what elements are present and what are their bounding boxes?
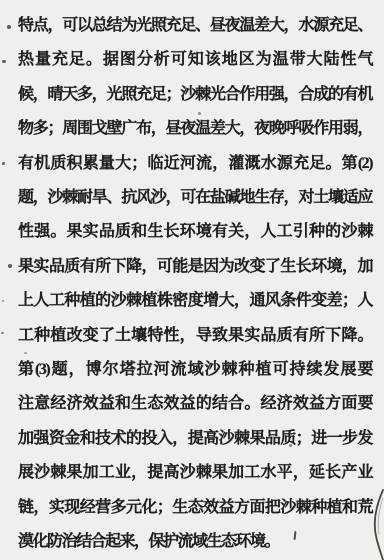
text-line-3: 候，晴天多，光照充足；沙棘光合作用强，合成的有机 (18, 78, 372, 112)
text-line-2: 热量充足。据图分析可知该地区为温带大陆性气 (18, 43, 372, 77)
text-line-11: 第(3)题，博尔塔拉河流域沙棘种植可持续发展要 (18, 353, 372, 387)
page-curl-artifact (370, 488, 384, 560)
text-line-10: 工种植改变了土壤特性，导致果实品质有所下降。 (18, 319, 372, 353)
scan-speck (24, 352, 27, 354)
scan-speck (198, 112, 201, 115)
scan-speck (7, 25, 11, 29)
scan-speck (2, 300, 4, 302)
text-line-9: 上人工种植的沙棘植株密度增大，通风条件变差；人 (18, 284, 372, 318)
scan-speck (8, 264, 12, 268)
scan-speck (1, 332, 4, 334)
scan-speck (2, 60, 6, 63)
text-line-13: 加强资金和技术的投入，提高沙棘果品质；进一步发 (18, 422, 372, 456)
text-line-15: 链，实现经营多元化；生态效益方面把沙棘种植和荒 (18, 491, 372, 525)
scan-speck (2, 162, 5, 165)
text-line-8: 果实品质有所下降，可能是因为改变了生长环境，加 (18, 250, 372, 284)
text-line-6: 题，沙棘耐旱、抗风沙，可在盐碱地生存，对土壤适应 (18, 181, 372, 215)
scan-speck (289, 444, 292, 447)
text-line-5: 有机质积累量大；临近河流，灌溉水源充足。第(2) (18, 147, 372, 181)
text-block: 特点，可以总结为光照充足、昼夜温差大，水源充足、 热量充足。据图分析可知该地区为… (18, 9, 372, 560)
text-line-4: 物多；周围戈壁广布，昼夜温差大，夜晚呼吸作用弱， (18, 112, 372, 146)
text-line-12: 注意经济效益和生态效益的结合。经济效益方面要 (18, 387, 372, 421)
text-line-14: 展沙棘果加工业，提高沙棘果加工水平，延长产业 (18, 456, 372, 490)
scanned-document-page: { "page": { "background_color": "#f0efec… (0, 0, 384, 560)
text-line-7: 性强。果实品质和生长环境有关，人工引种的沙棘 (18, 215, 372, 249)
text-line-16: 漠化防治结合起来，保护流域生态环境。 (18, 525, 372, 559)
text-line-1: 特点，可以总结为光照充足、昼夜温差大，水源充足、 (18, 9, 372, 43)
